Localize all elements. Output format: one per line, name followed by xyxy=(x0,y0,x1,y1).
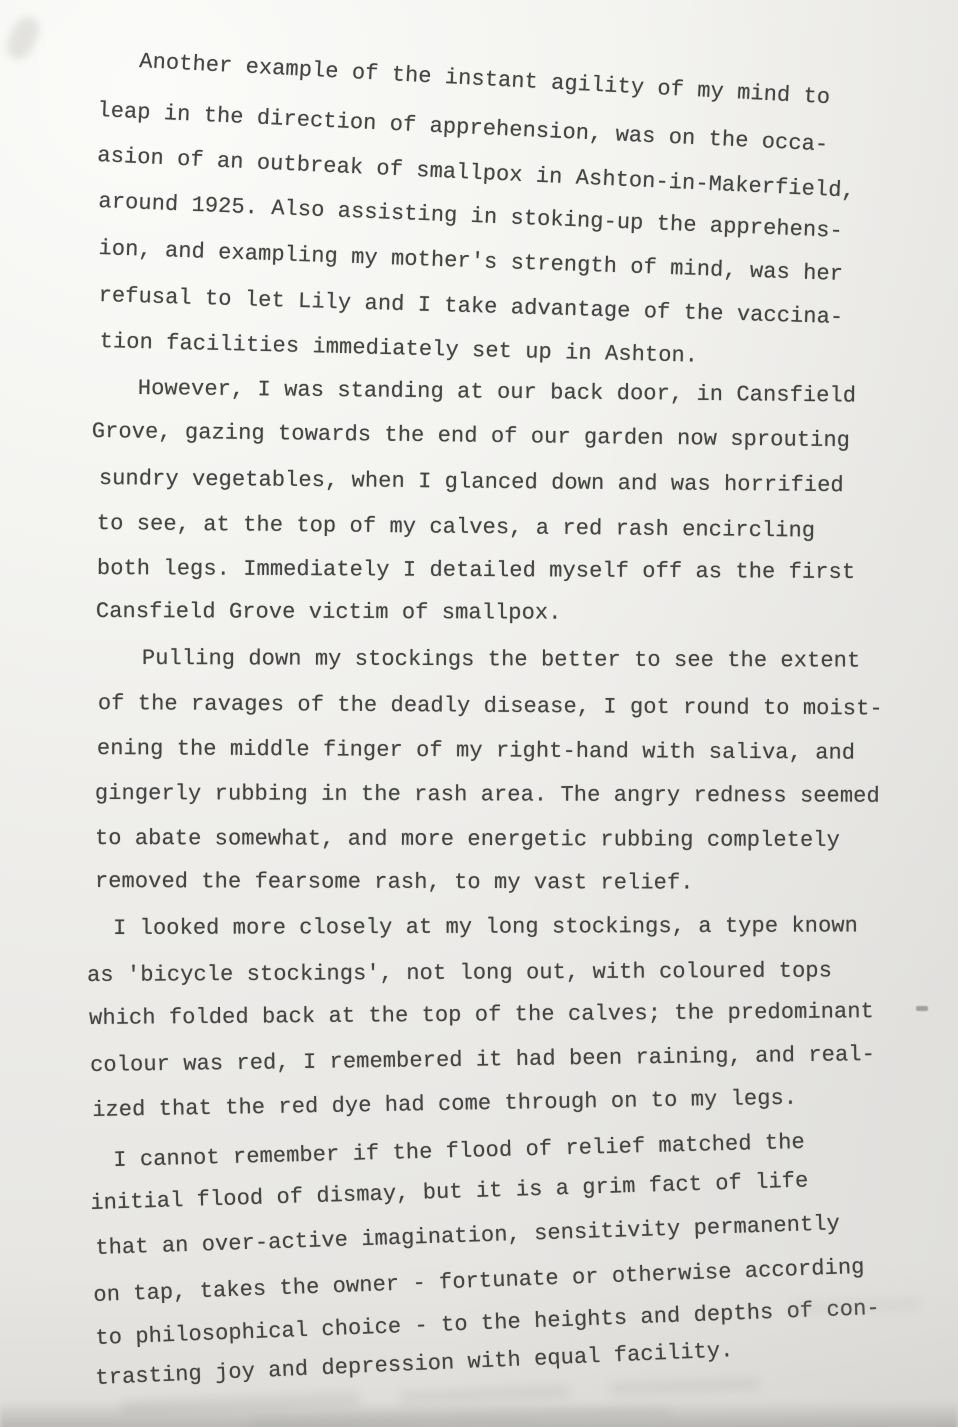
typescript-line: to see, at the top of my calves, a red r… xyxy=(97,511,816,544)
typescript-line: which folded back at the top of the calv… xyxy=(89,999,874,1031)
typescript-line: ion, and exampling my mother's strength … xyxy=(98,236,843,287)
scanned-page: Another example of the instant agility o… xyxy=(0,0,958,1427)
typescript-line: removed the fearsome rash, to my vast re… xyxy=(95,869,694,896)
typescript-line: gingerly rubbing in the rash area. The a… xyxy=(95,781,880,809)
typescript-line: Another example of the instant agility o… xyxy=(139,49,831,110)
typescript-line: of the ravages of the deadly disease, I … xyxy=(98,691,883,721)
typescript-line: ening the middle finger of my right-hand… xyxy=(97,736,855,766)
typescript-line: I cannot remember if the flood of relief… xyxy=(113,1130,805,1173)
typescript-line: ized that the red dye had come through o… xyxy=(92,1086,797,1123)
typescript-line: I looked more closely at my long stockin… xyxy=(113,913,858,941)
typescript-line: tion facilities immediately set up in As… xyxy=(99,329,698,369)
typescript-line: refusal to let Lily and I take advantage… xyxy=(98,283,843,330)
typescript-line: as 'bicycle stockings', not long out, wi… xyxy=(87,958,832,988)
typescript-line: colour was red, I remembered it had been… xyxy=(90,1042,875,1078)
typescript-line: that an over-active imagination, sensiti… xyxy=(95,1211,840,1261)
typescript-line: Pulling down my stockings the better to … xyxy=(142,646,860,674)
typescript-line: to abate somewhat, and more energetic ru… xyxy=(95,826,840,853)
typescript-line: Cansfield Grove victim of smallpox. xyxy=(96,599,562,626)
typescript-text: Another example of the instant agility o… xyxy=(0,0,958,1427)
typescript-line: initial flood of dismay, but it is a gri… xyxy=(90,1168,809,1216)
typescript-line: sundry vegetables, when I glanced down a… xyxy=(99,466,844,498)
typescript-line: However, I was standing at our back door… xyxy=(138,376,857,409)
typescript-line: both legs. Immediately I detailed myself… xyxy=(97,556,855,585)
typescript-line: Grove, gazing towards the end of our gar… xyxy=(92,419,850,453)
typescript-line: to philosophical choice - to the heights… xyxy=(95,1296,880,1351)
